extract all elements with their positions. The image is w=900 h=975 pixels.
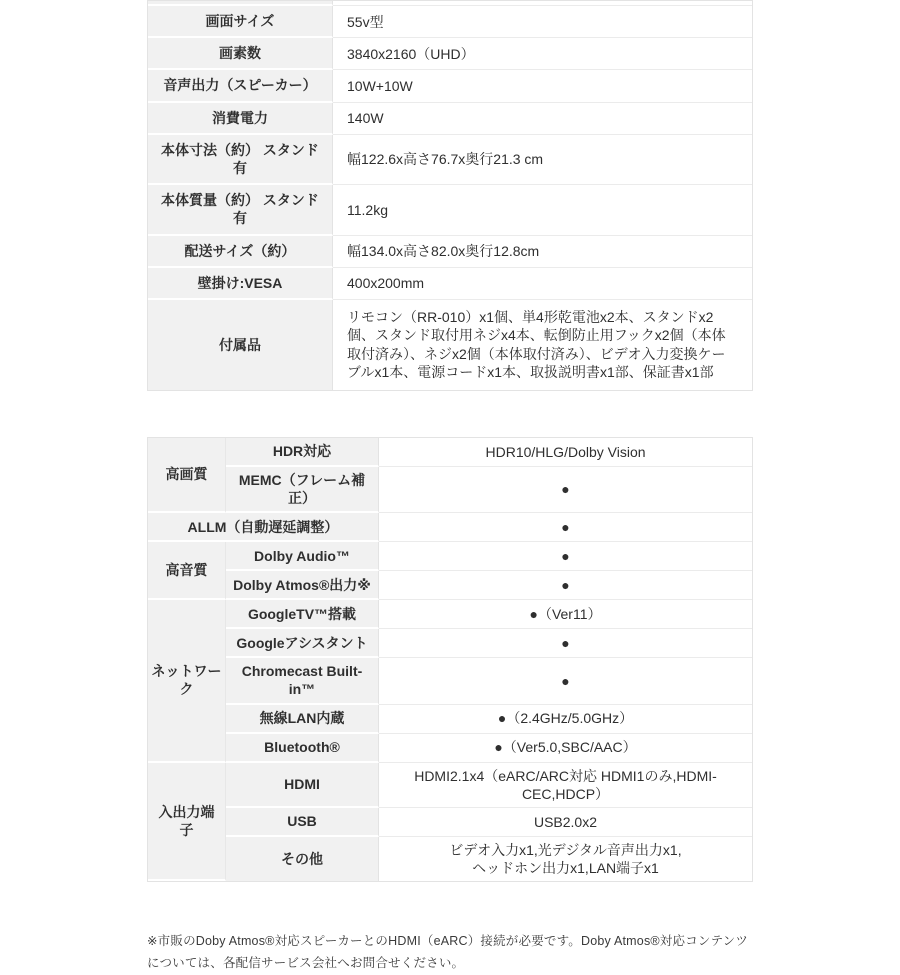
feature-row: 入出力端 子 HDMI HDMI2.1x4（eARC/ARC対応 HDMI1のみ…: [148, 763, 752, 808]
footnote-text: ※市販のDoby Atmos®対応スピーカーとのHDMI（eARC）接続が必要で…: [147, 931, 753, 975]
feature-label: Dolby Audio™: [226, 542, 379, 571]
feature-label: GoogleTV™搭載: [226, 600, 379, 629]
feature-value: USB2.0x2: [379, 808, 752, 837]
feature-label: Googleアシスタント: [226, 629, 379, 658]
feature-label: HDMI: [226, 763, 379, 808]
feature-label-allm: ALLM（自動遅延調整）: [148, 513, 379, 542]
spec-value: 10W+10W: [333, 70, 752, 102]
feature-row: 高画質 HDR対応 HDR10/HLG/Dolby Vision: [148, 438, 752, 467]
feature-table: 高画質 HDR対応 HDR10/HLG/Dolby Vision MEMC（フレ…: [147, 437, 753, 883]
feature-row: Bluetooth® ●（Ver5.0,SBC/AAC）: [148, 734, 752, 763]
feature-row: USB USB2.0x2: [148, 808, 752, 837]
feature-row: ネットワー ク GoogleTV™搭載 ●（Ver11）: [148, 600, 752, 629]
spec-row: 本体寸法（約） スタンド有 幅122.6x高さ76.7x奥行21.3 cm: [148, 135, 752, 185]
feature-value: ●: [379, 629, 752, 658]
spec-row: 消費電力 140W: [148, 103, 752, 135]
spec-row-accessories: 付属品 リモコン（RR-010）x1個、単4形乾電池x2本、スタンドx2個、スタ…: [148, 300, 752, 390]
feature-value: ●: [379, 513, 752, 542]
spec-table: 画面サイズ 55v型 画素数 3840x2160（UHD） 音声出力（スピーカー…: [147, 0, 753, 391]
feature-label: MEMC（フレーム補正）: [226, 467, 379, 513]
spec-row: 画面サイズ 55v型: [148, 6, 752, 38]
feature-value: HDMI2.1x4（eARC/ARC対応 HDMI1のみ,HDMI- CEC,H…: [379, 763, 752, 808]
spec-label: 本体質量（約） スタンド有: [148, 185, 333, 235]
category-sound-quality: 高音質: [148, 542, 226, 600]
spec-label: 画素数: [148, 38, 333, 70]
spec-label: 画面サイズ: [148, 6, 333, 38]
feature-label: 無線LAN内蔵: [226, 705, 379, 734]
feature-label: HDR対応: [226, 438, 379, 467]
feature-value: HDR10/HLG/Dolby Vision: [379, 438, 752, 467]
spec-value: 幅134.0x高さ82.0x奥行12.8cm: [333, 236, 752, 268]
spec-value: リモコン（RR-010）x1個、単4形乾電池x2本、スタンドx2個、スタンド取付…: [333, 300, 752, 390]
feature-value: ●（2.4GHz/5.0GHz）: [379, 705, 752, 734]
feature-row: MEMC（フレーム補正） ●: [148, 467, 752, 513]
feature-value: ●（Ver11）: [379, 600, 752, 629]
feature-value: ●: [379, 658, 752, 704]
feature-value: ●: [379, 467, 752, 513]
category-picture-quality: 高画質: [148, 438, 226, 513]
spec-label: 本体寸法（約） スタンド有: [148, 135, 333, 185]
feature-row: 高音質 Dolby Audio™ ●: [148, 542, 752, 571]
feature-label: その他: [226, 837, 379, 881]
spec-row: 音声出力（スピーカー） 10W+10W: [148, 70, 752, 102]
feature-row: 無線LAN内蔵 ●（2.4GHz/5.0GHz）: [148, 705, 752, 734]
feature-row: Chromecast Built- in™ ●: [148, 658, 752, 704]
spec-row: 配送サイズ（約） 幅134.0x高さ82.0x奥行12.8cm: [148, 236, 752, 268]
feature-row-allm: ALLM（自動遅延調整） ●: [148, 513, 752, 542]
feature-label: USB: [226, 808, 379, 837]
spec-value: 55v型: [333, 6, 752, 38]
feature-value: ビデオ入力x1,光デジタル音声出力x1, ヘッドホン出力x1,LAN端子x1: [379, 837, 752, 881]
spec-label: 付属品: [148, 300, 333, 390]
feature-label: Bluetooth®: [226, 734, 379, 763]
spec-value: 11.2kg: [333, 185, 752, 235]
spec-label: 消費電力: [148, 103, 333, 135]
spec-value: 140W: [333, 103, 752, 135]
feature-row: Dolby Atmos®出力※ ●: [148, 571, 752, 600]
category-io-terminals: 入出力端 子: [148, 763, 226, 882]
spec-value: 幅122.6x高さ76.7x奥行21.3 cm: [333, 135, 752, 185]
spec-row: 壁掛け:VESA 400x200mm: [148, 268, 752, 300]
feature-label: Dolby Atmos®出力※: [226, 571, 379, 600]
page-content: 画面サイズ 55v型 画素数 3840x2160（UHD） 音声出力（スピーカー…: [147, 0, 753, 975]
spec-row: 画素数 3840x2160（UHD）: [148, 38, 752, 70]
feature-row: Googleアシスタント ●: [148, 629, 752, 658]
feature-value: ●（Ver5.0,SBC/AAC）: [379, 734, 752, 763]
spec-label: 壁掛け:VESA: [148, 268, 333, 300]
feature-value: ●: [379, 571, 752, 600]
feature-label: Chromecast Built- in™: [226, 658, 379, 704]
spec-label: 音声出力（スピーカー）: [148, 70, 333, 102]
feature-value: ●: [379, 542, 752, 571]
spec-value: 3840x2160（UHD）: [333, 38, 752, 70]
spec-label: 配送サイズ（約）: [148, 236, 333, 268]
spec-row: 本体質量（約） スタンド有 11.2kg: [148, 185, 752, 235]
category-network: ネットワー ク: [148, 600, 226, 762]
feature-row: その他 ビデオ入力x1,光デジタル音声出力x1, ヘッドホン出力x1,LAN端子…: [148, 837, 752, 881]
spec-value: 400x200mm: [333, 268, 752, 300]
